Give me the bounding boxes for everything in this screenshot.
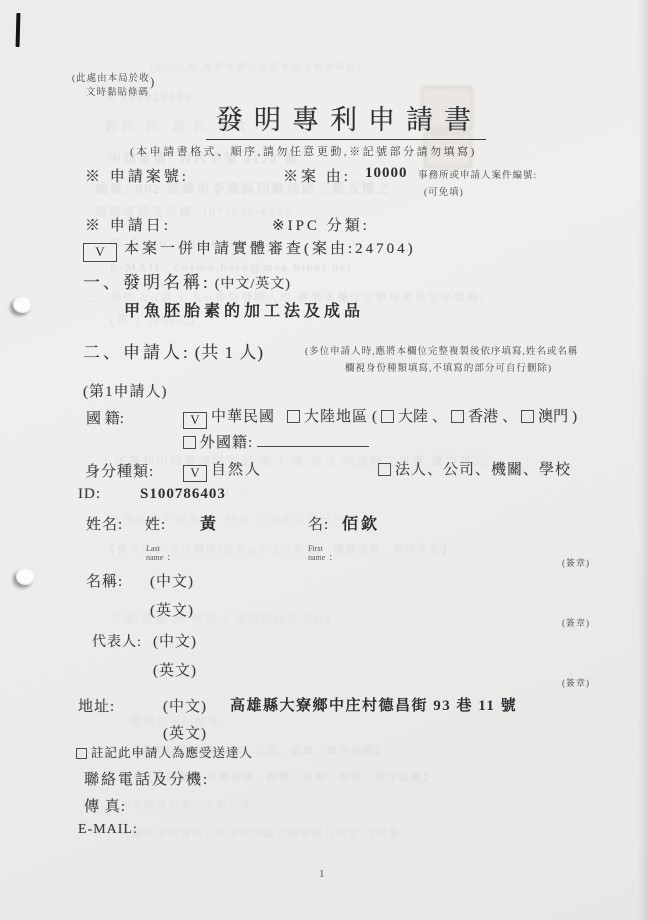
colon: :: [167, 552, 170, 563]
identity-legal-checkbox: [378, 463, 391, 476]
scanned-patent-application-page: (申請人時,應將本欄位完整複製後依序填寫) # 100328695 姓名: 姓:…: [0, 0, 648, 920]
id-value: S100786403: [140, 486, 226, 503]
signature-note-1: (簽章): [562, 556, 590, 569]
last-name-value: 黃: [200, 511, 217, 534]
paren-open: (: [372, 409, 377, 425]
nationality-macau-label: 澳門: [538, 409, 568, 425]
representative-en-label: (英文): [153, 659, 197, 680]
identity-legal-label: 法人、公司、機關、學校: [395, 462, 571, 478]
form-subtitle: (本申請書格式、順序,請勿任意更動,※記號部分請勿填寫): [130, 143, 477, 159]
nationality-foreign-checkbox: [183, 436, 196, 449]
application-number-label: ※ 申請案號:: [85, 165, 189, 186]
page-number: 1: [319, 868, 325, 880]
nationality-mainland-sub-label: 大陸: [398, 409, 428, 425]
ghost-line: 主張(依第 20 條第 1 項規定內容先行): [110, 610, 332, 626]
serve-recipient-checkbox: [76, 748, 87, 759]
serve-recipient-label: 註記此申請人為應受送達人: [91, 746, 253, 760]
phone-label: 聯絡電話及分機:: [84, 768, 209, 789]
checkbox-v-mark: V: [95, 244, 104, 260]
last-name-en-label: Lastname: [146, 545, 163, 563]
pause-mark: 、: [502, 409, 517, 425]
section1-lang-note: (中文/英文): [215, 277, 291, 292]
scan-mark-bar: [16, 13, 21, 47]
applicant1-label: (第1申請人): [83, 380, 168, 401]
barcode-note-line2: 文時黏貼條碼: [86, 84, 149, 98]
representative-cn-label: (中文): [153, 630, 197, 651]
ghost-line: 不須聲請相關技術報告者: [120, 797, 252, 812]
identity-type-label: 身分種類:: [85, 460, 154, 481]
nationality-roc-checkbox: V: [183, 412, 207, 429]
punch-hole-bottom: [16, 568, 35, 585]
org-name-cn-label: (中文): [150, 570, 194, 591]
identity-natural-label: 自然人: [211, 462, 262, 478]
nationality-mainland-label: 大陸地區: [304, 409, 368, 425]
section2-note-line1: (多位申請人時,應將本欄位完整複製後依序填寫,姓名或名稱: [305, 343, 578, 357]
signature-note-2: (簽章): [562, 616, 590, 629]
section2-heading: 二、申請人:: [83, 343, 191, 362]
invention-name-value: 甲魚胚胎素的加工法及成品: [124, 298, 364, 321]
ghost-line: (申請人時,應將本欄位完整複製後依序填寫): [150, 60, 362, 73]
id-label: ID:: [78, 486, 101, 503]
first-name-en-label: Firstname: [308, 545, 325, 563]
foreign-nationality-blank: [257, 433, 369, 447]
nationality-foreign-label: 外國籍:: [200, 435, 253, 451]
nationality-mainland-checkbox: [287, 410, 300, 423]
address-cn-value: 高雄縣大寮鄉中庄村德昌街 93 巷 11 號: [230, 694, 517, 715]
name-label: 姓名:: [86, 513, 123, 534]
nationality-mainland-sub-checkbox: [381, 410, 394, 423]
nationality-hk-label: 香港: [468, 409, 498, 425]
first-name-label: 名:: [308, 513, 329, 534]
address-cn-label: (中文): [163, 695, 207, 716]
org-name-en-label: (英文): [150, 599, 194, 620]
email-label: E-MAIL:: [78, 822, 138, 838]
case-cause-label: ※案 由:: [283, 165, 351, 186]
nationality-hk-checkbox: [451, 410, 464, 423]
signature-note-3: (簽章): [562, 676, 590, 689]
checkbox-v-mark: V: [190, 412, 199, 428]
identity-natural-checkbox: V: [183, 465, 207, 482]
org-name-label: 名稱:: [86, 570, 123, 591]
first-name-value: 佰欽: [342, 511, 380, 534]
substantive-exam-label: 本案一併申請實體審查(案由:24704): [124, 241, 416, 257]
ghost-line: 所屬技術領域中具有通常知識者能瞭解其內容,可供審示: [120, 825, 413, 840]
substantive-exam-checkbox: V: [83, 243, 117, 262]
nationality-macau-checkbox: [521, 410, 534, 423]
section2-count: (共 1 人): [195, 343, 264, 362]
paren-close: ): [572, 409, 577, 425]
nationality-roc-label: 中華民國: [211, 409, 275, 425]
office-ref-note: (可免填): [424, 184, 464, 198]
address-en-label: (英文): [163, 722, 207, 743]
checkbox-v-mark: V: [190, 465, 199, 481]
application-date-label: ※ 申請日:: [85, 214, 171, 235]
section2-note-line2: 欄視身份種類填寫,不填寫的部分可自行刪除): [345, 360, 552, 374]
address-label: 地址:: [78, 695, 115, 716]
barcode-note-paren: ): [150, 74, 155, 90]
office-ref-label: 事務所或申請人案件編號:: [418, 167, 537, 181]
colon: :: [329, 552, 332, 563]
ipc-class-label: ※IPC 分類:: [272, 214, 370, 235]
nationality-label: 國 籍:: [86, 407, 124, 428]
form-title: 發明專利申請書: [206, 105, 486, 140]
punch-hole-top: [13, 296, 32, 313]
barcode-note-line1: (此處由本局於收: [72, 70, 150, 84]
case-cause-value: 10000: [365, 165, 408, 182]
pause-mark: 、: [432, 409, 447, 425]
last-name-label: 姓:: [145, 513, 166, 534]
section1-heading: 一、發明名稱:: [83, 273, 211, 292]
representative-label: 代表人:: [92, 631, 142, 651]
fax-label: 傳 真:: [84, 795, 126, 816]
